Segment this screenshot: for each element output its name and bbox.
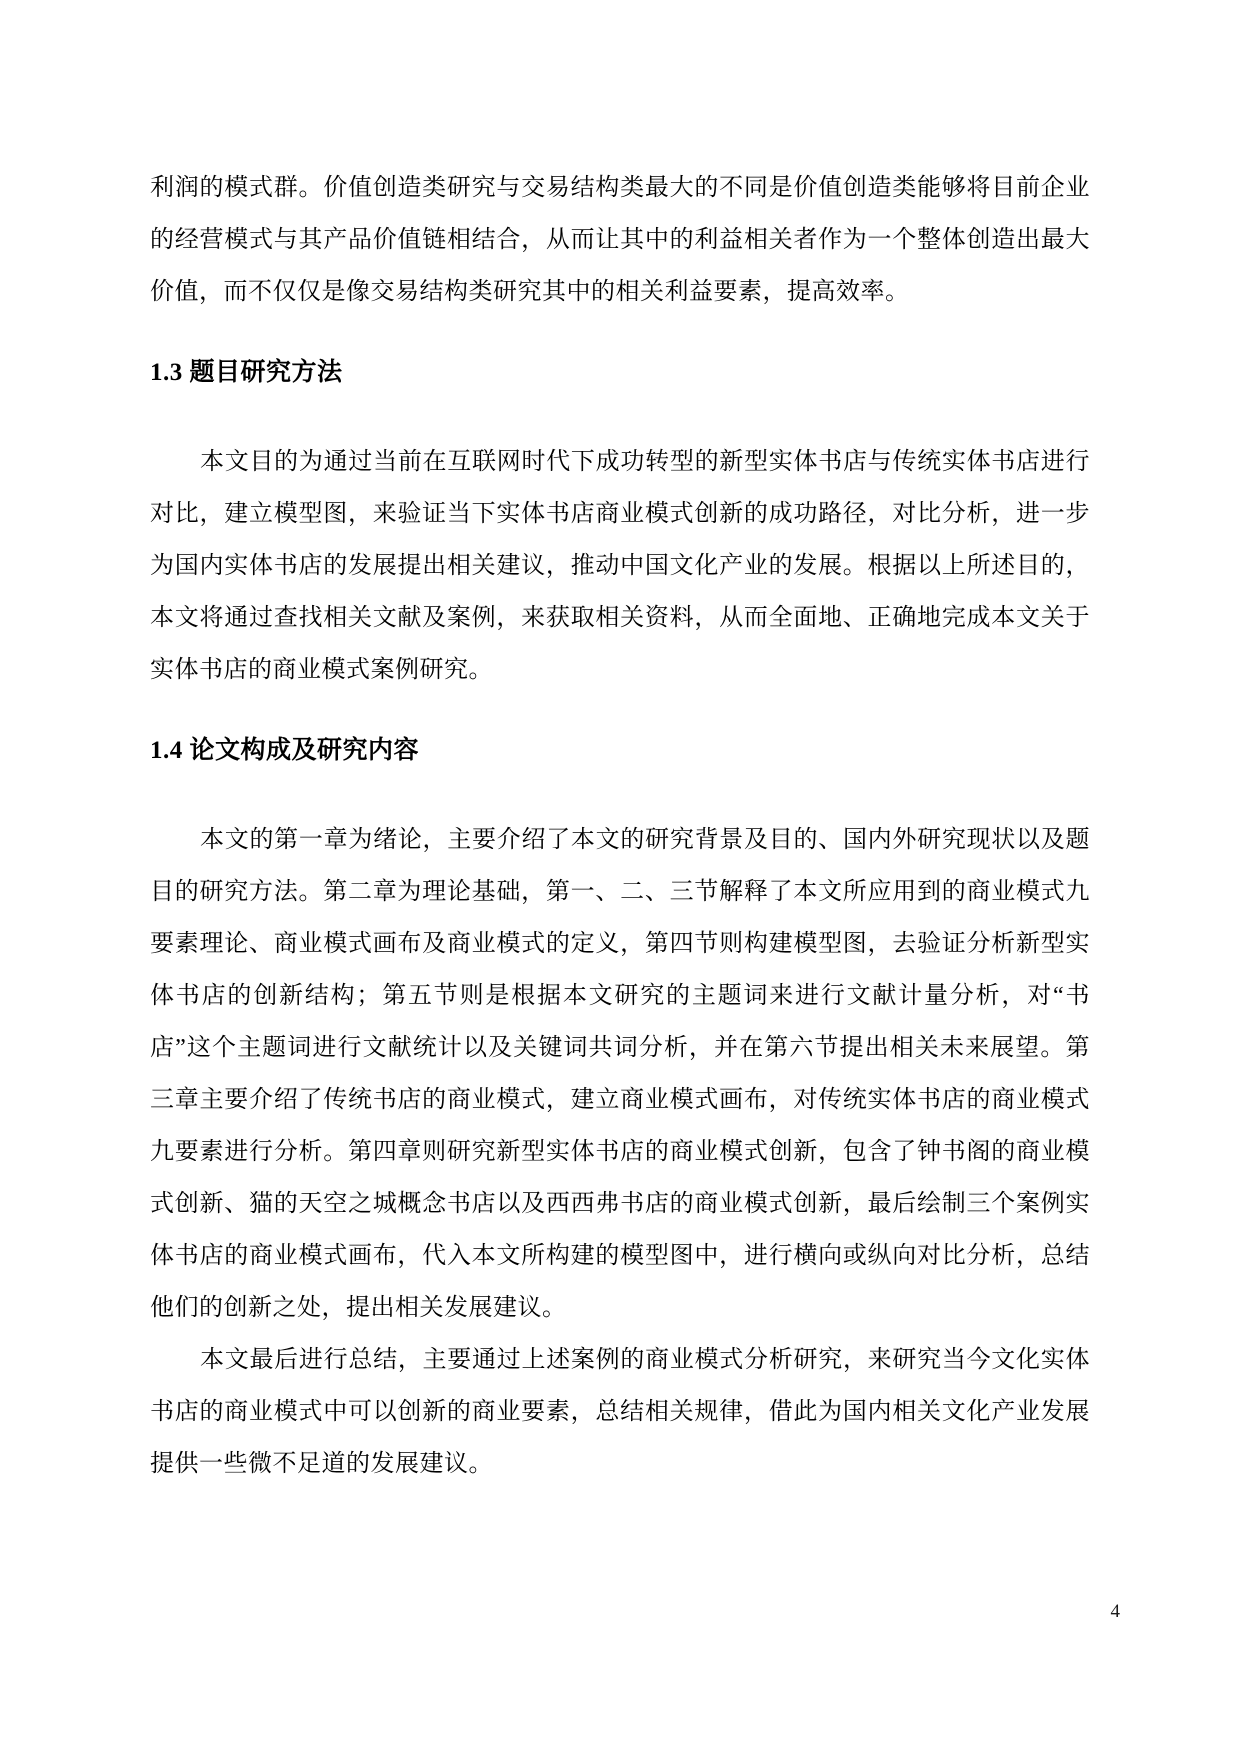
paragraph-continuation: 利润的模式群。价值创造类研究与交易结构类最大的不同是价值创造类能够将目前企业的经… xyxy=(150,162,1090,318)
section-1-4-paragraph-1: 本文的第一章为绪论，主要介绍了本文的研究背景及目的、国内外研究现状以及题目的研究… xyxy=(150,814,1090,1334)
document-page: 利润的模式群。价值创造类研究与交易结构类最大的不同是价值创造类能够将目前企业的经… xyxy=(0,0,1240,1754)
page-number: 4 xyxy=(1111,1600,1121,1624)
section-1-4-paragraph-2: 本文最后进行总结，主要通过上述案例的商业模式分析研究，来研究当今文化实体书店的商… xyxy=(150,1334,1090,1490)
section-heading-1-3: 1.3 题目研究方法 xyxy=(150,358,1090,388)
section-1-3-paragraph: 本文目的为通过当前在互联网时代下成功转型的新型实体书店与传统实体书店进行对比，建… xyxy=(150,436,1090,696)
page-content: 利润的模式群。价值创造类研究与交易结构类最大的不同是价值创造类能够将目前企业的经… xyxy=(150,162,1090,1490)
section-heading-1-4: 1.4 论文构成及研究内容 xyxy=(150,736,1090,766)
